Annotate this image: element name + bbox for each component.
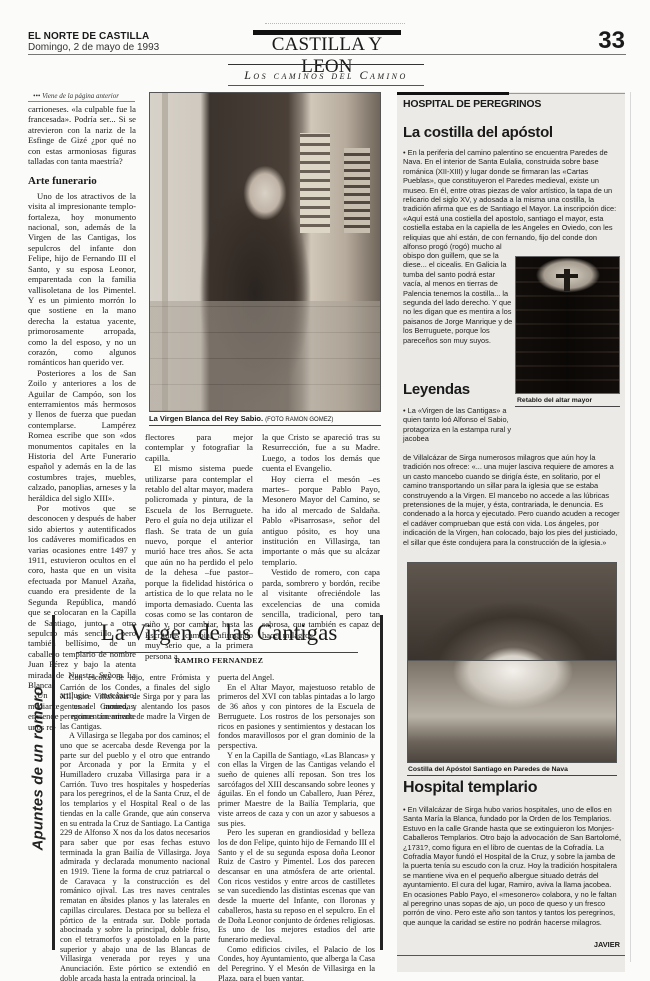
crucifix-shape bbox=[556, 274, 578, 278]
continued-rule bbox=[28, 101, 135, 102]
paragraph: carrioneses. «la culpable fue la frances… bbox=[28, 104, 136, 166]
series-kicker: Los caminos del Camino bbox=[215, 68, 437, 83]
masthead-divider bbox=[28, 54, 626, 55]
sidebar-bottom-rule bbox=[397, 955, 625, 956]
kicker-rule-bottom bbox=[228, 85, 424, 86]
photo-caption: La Virgen Blanca del Rey Sabio. (FOTO RA… bbox=[149, 414, 381, 426]
series-vertical-label: Apuntes de un romero bbox=[30, 679, 47, 859]
paragraph: A Villasirga se llegaba por dos caminos;… bbox=[60, 731, 210, 981]
retablo-photo bbox=[515, 256, 620, 394]
paragraph: Pero les superan en grandiosidad y belle… bbox=[218, 828, 375, 944]
page-edge-line bbox=[630, 92, 631, 962]
title-rule bbox=[76, 652, 358, 653]
newspaper-name: EL NORTE DE CASTILLA bbox=[28, 31, 149, 42]
photo-stone-wall bbox=[150, 301, 380, 411]
article-byline: RAMIRO FERNANDEZ bbox=[60, 656, 378, 665]
sidebar-text: • En la periferia del camino palentino s… bbox=[403, 148, 621, 251]
paragraph: Posteriores a los de San Zoilo y anterio… bbox=[28, 368, 136, 503]
photo-credit: (FOTO RAMON GOMEZ) bbox=[265, 417, 333, 423]
article-title: La Virgen de las Cantigas bbox=[60, 620, 378, 646]
print-artifact bbox=[265, 23, 405, 25]
subheading: Arte funerario bbox=[28, 176, 136, 186]
page-number: 33 bbox=[585, 27, 625, 55]
paragraph: puerta del Angel. bbox=[218, 673, 375, 683]
article-column-1: Con escolta de lujo, entre Frómista y Ca… bbox=[60, 673, 210, 981]
middle-column-2: la que Cristo se apareció tras su Resurr… bbox=[262, 432, 380, 640]
photo-caption: Costilla del Apóstol Santiago en Paredes… bbox=[407, 764, 617, 776]
sidebar-text: de Villalcázar de Sirga numerosos milagr… bbox=[403, 453, 621, 547]
virgin-statue-photo bbox=[149, 92, 381, 412]
article-border-left bbox=[52, 615, 55, 950]
sidebar-top-line bbox=[509, 93, 625, 94]
reliquary-photo-bottom bbox=[407, 661, 617, 763]
paragraph: Y en la Capilla de Santiago, «Las Blanca… bbox=[218, 751, 375, 829]
sidebar-text: • La «Virgen de las Cantigas» a quien ta… bbox=[403, 406, 513, 444]
paragraph: flectores para mejor contemplar y fotogr… bbox=[145, 432, 253, 463]
sidebar-headline: La costilla del apóstol bbox=[403, 124, 553, 141]
author-signature: JAVIER bbox=[560, 940, 620, 949]
caption-text: La Virgen Blanca del Rey Sabio. bbox=[149, 414, 263, 423]
article-column-2: puerta del Angel. En el Altar Mayor, maj… bbox=[218, 673, 375, 981]
sidebar-section-label: HOSPITAL DE PEREGRINOS bbox=[403, 98, 541, 110]
publication-date: Domingo, 2 de mayo de 1993 bbox=[28, 42, 159, 53]
paragraph: Como edificios civiles, el Palacio de lo… bbox=[218, 945, 375, 981]
sidebar-headline: Leyendas bbox=[403, 381, 470, 398]
paragraph: Con escolta de lujo, entre Frómista y Ca… bbox=[60, 673, 210, 731]
photo-caption: Retablo del altar mayor bbox=[515, 395, 620, 407]
photo-retablo-panel bbox=[344, 148, 370, 233]
article-border-right bbox=[380, 615, 383, 950]
kicker-rule-top bbox=[228, 64, 424, 65]
paragraph: la que Cristo se apareció tras su Resurr… bbox=[262, 432, 380, 474]
paragraph: En el Altar Mayor, majestuoso retablo de… bbox=[218, 683, 375, 751]
sidebar-text: • En Villalcázar de Sirga hubo varios ho… bbox=[403, 805, 621, 927]
sidebar-text: obispo don guillem, que se la diese... e… bbox=[403, 251, 513, 345]
continued-note: ••• Viene de la página anterior bbox=[33, 92, 119, 100]
paragraph: Hoy cierra el mesón –es martes– porque P… bbox=[262, 474, 380, 568]
paragraph: Uno de los atractivos de la visita al im… bbox=[28, 191, 136, 368]
sidebar-headline: Hospital templario bbox=[403, 779, 537, 797]
sidebar-top-bar bbox=[397, 92, 509, 95]
reliquary-photo-top bbox=[407, 562, 617, 661]
crucifix-shape bbox=[564, 269, 570, 291]
photo-retablo-panel bbox=[300, 133, 330, 233]
